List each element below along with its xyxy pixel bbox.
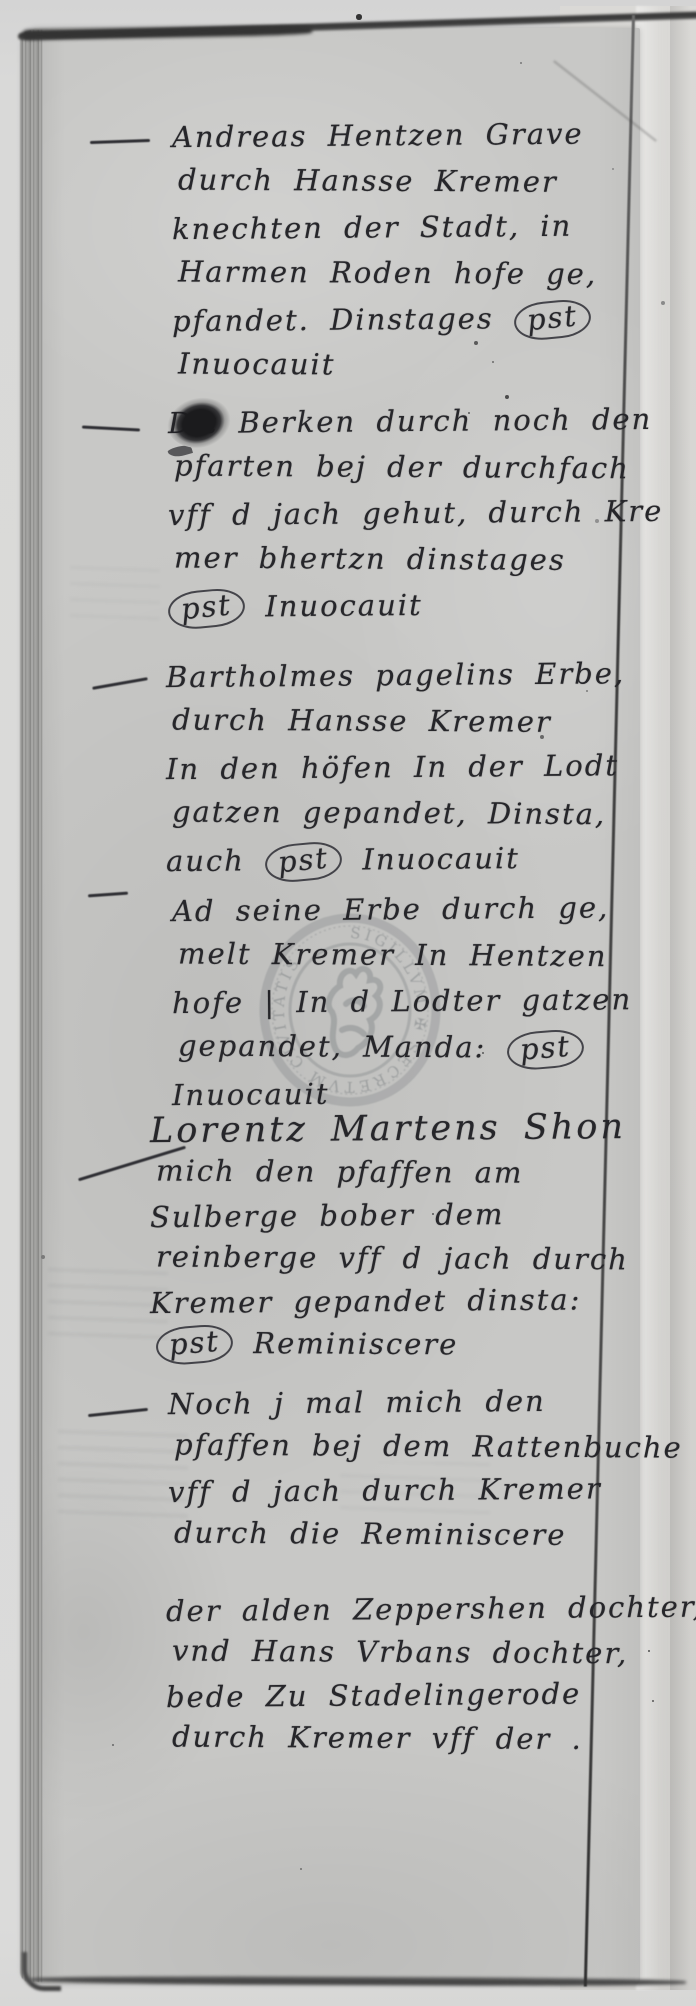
- handwritten-text: auch: [166, 843, 265, 878]
- handwritten-text: Dit Berken durch noch den: [168, 402, 653, 440]
- handwritten-line: Noch j mal mich den: [168, 1378, 668, 1426]
- handwritten-text: gatzen gepandet, Dinsta,: [172, 794, 606, 831]
- handwritten-line: mich den pfaffen am: [156, 1149, 650, 1195]
- svg-text:SIGILLVM ✠ SECRETVM CIVITATIS: SIGILLVM ✠ SECRETVM CIVITATIS: [270, 924, 431, 1096]
- handwritten-text: pfarten bej der durchfach: [174, 448, 630, 485]
- handwritten-line: vnd Hans Vrbans dochter,: [172, 1629, 666, 1675]
- handwritten-line: reinberge vff d jach durch: [156, 1235, 650, 1281]
- handwritten-text: durch Hansse Kremer: [178, 162, 558, 198]
- handwritten-line: Dit Berken durch noch den: [168, 396, 668, 446]
- handwritten-text: Harmen Roden hofe ge,: [178, 254, 597, 291]
- handwritten-text: pfaffen bej dem Rattenbuche: [174, 1427, 683, 1464]
- register-entry: der alden Zeppershen dochter,vnd Hans Vr…: [166, 1588, 666, 1760]
- register-entry: Lorentz Martens Shonmich den pfaffen amS…: [150, 1108, 650, 1366]
- circled-abbreviation: pst: [263, 839, 343, 885]
- circled-abbreviation: pst: [512, 297, 592, 343]
- handwritten-line: pfarten bej der durchfach: [174, 442, 668, 491]
- seal-lion-motif: [329, 969, 381, 1055]
- handwritten-text: mich den pfaffen am: [156, 1153, 524, 1189]
- handwritten-text: Inuocauit: [342, 841, 520, 877]
- handwritten-text: der alden Zeppershen dochter,: [166, 1589, 696, 1628]
- handwritten-line: vff d jach gehut, durch Kre: [168, 488, 668, 538]
- handwritten-line: der alden Zeppershen dochter,: [166, 1586, 666, 1633]
- show-through-smudge: [340, 1462, 490, 1522]
- handwritten-line: gatzen gepandet, Dinsta,: [172, 788, 666, 837]
- archival-seal-stamp: SIGILLVM ✠ SECRETVM CIVITATIS: [258, 912, 442, 1108]
- foxing-specks: [0, 0, 2, 2]
- seal-legend: SIGILLVM ✠ SECRETVM CIVITATIS: [270, 924, 431, 1096]
- handwritten-text: Sulberge bober dem: [150, 1197, 505, 1234]
- handwritten-text: Reminiscere: [233, 1326, 458, 1361]
- handwritten-line: durch Hansse Kremer: [178, 156, 672, 205]
- handwritten-line: Sulberge bober dem: [150, 1192, 650, 1239]
- handwritten-text: mer bhertzn dinstages: [174, 540, 566, 576]
- handwritten-line: durch Kremer vff der .: [172, 1715, 666, 1761]
- handwritten-text: knechten der Stadt, in: [172, 209, 573, 246]
- show-through-smudge: [48, 1268, 168, 1348]
- handwritten-text: Bartholmes pagelins Erbe,: [166, 656, 625, 694]
- handwritten-line: Kremer gepandet dinsta:: [150, 1278, 650, 1325]
- show-through-smudge: [70, 560, 160, 630]
- fold-shadow: [670, 6, 696, 1990]
- binding-leaf-edges: [20, 30, 42, 1982]
- handwritten-text: reinberge vff d jach durch: [156, 1239, 629, 1276]
- page-corner-bottom-left: [22, 1952, 61, 1991]
- handwritten-line: Harmen Roden hofe ge,: [178, 248, 672, 297]
- handwritten-text: Kremer gepandet dinsta:: [150, 1282, 582, 1320]
- handwritten-text: vnd Hans Vrbans dochter,: [172, 1633, 628, 1670]
- handwritten-text: Inuocauit: [245, 588, 423, 624]
- show-through-smudge: [58, 1430, 188, 1526]
- handwritten-line: Bartholmes pagelins Erbe,: [166, 650, 666, 700]
- handwritten-line: pst Reminiscere: [156, 1321, 650, 1367]
- handwritten-text: Lorentz Martens Shon: [150, 1107, 626, 1151]
- handwritten-line: In den höfen In der Lodt: [166, 742, 666, 792]
- handwritten-text: Noch j mal mich den: [168, 1384, 546, 1421]
- handwritten-line: Inuocauit: [178, 340, 672, 389]
- handwritten-text: durch Kremer vff der .: [172, 1719, 583, 1756]
- handwritten-text: durch Hansse Kremer: [172, 702, 552, 738]
- register-entry: Bartholmes pagelins Erbe,durch Hansse Kr…: [166, 652, 666, 882]
- handwritten-text: Inuocauit: [178, 346, 336, 381]
- handwritten-line: bede Zu Stadelingerode: [166, 1672, 666, 1719]
- handwritten-line: pst Inuocauit: [168, 580, 668, 630]
- handwritten-text: pfandet. Dinstages: [172, 301, 514, 338]
- handwritten-text: Andreas Hentzen Grave: [172, 117, 584, 155]
- circled-abbreviation: pst: [505, 1028, 585, 1073]
- register-entry: Andreas Hentzen Gravedurch Hansse Kremer…: [172, 112, 672, 388]
- handwritten-text: bede Zu Stadelingerode: [166, 1677, 582, 1715]
- handwritten-text: vff d jach gehut, durch Kre: [168, 494, 664, 532]
- circled-abbreviation: pst: [166, 586, 246, 632]
- register-entry: Dit Berken durch noch denpfarten bej der…: [168, 398, 668, 628]
- handwritten-line: Andreas Hentzen Grave: [172, 110, 672, 160]
- handwritten-line: mer bhertzn dinstages: [174, 534, 668, 583]
- handwritten-line: Lorentz Martens Shon: [150, 1106, 650, 1153]
- handwritten-line: pfandet. Dinstages pst: [172, 294, 672, 344]
- manuscript-scan: Andreas Hentzen Gravedurch Hansse Kremer…: [0, 0, 696, 2006]
- handwritten-text: In den höfen In der Lodt: [166, 748, 619, 786]
- handwritten-line: durch Hansse Kremer: [172, 696, 666, 745]
- handwritten-line: knechten der Stadt, in: [172, 202, 672, 252]
- handwritten-line: auch pst Inuocauit: [166, 834, 666, 884]
